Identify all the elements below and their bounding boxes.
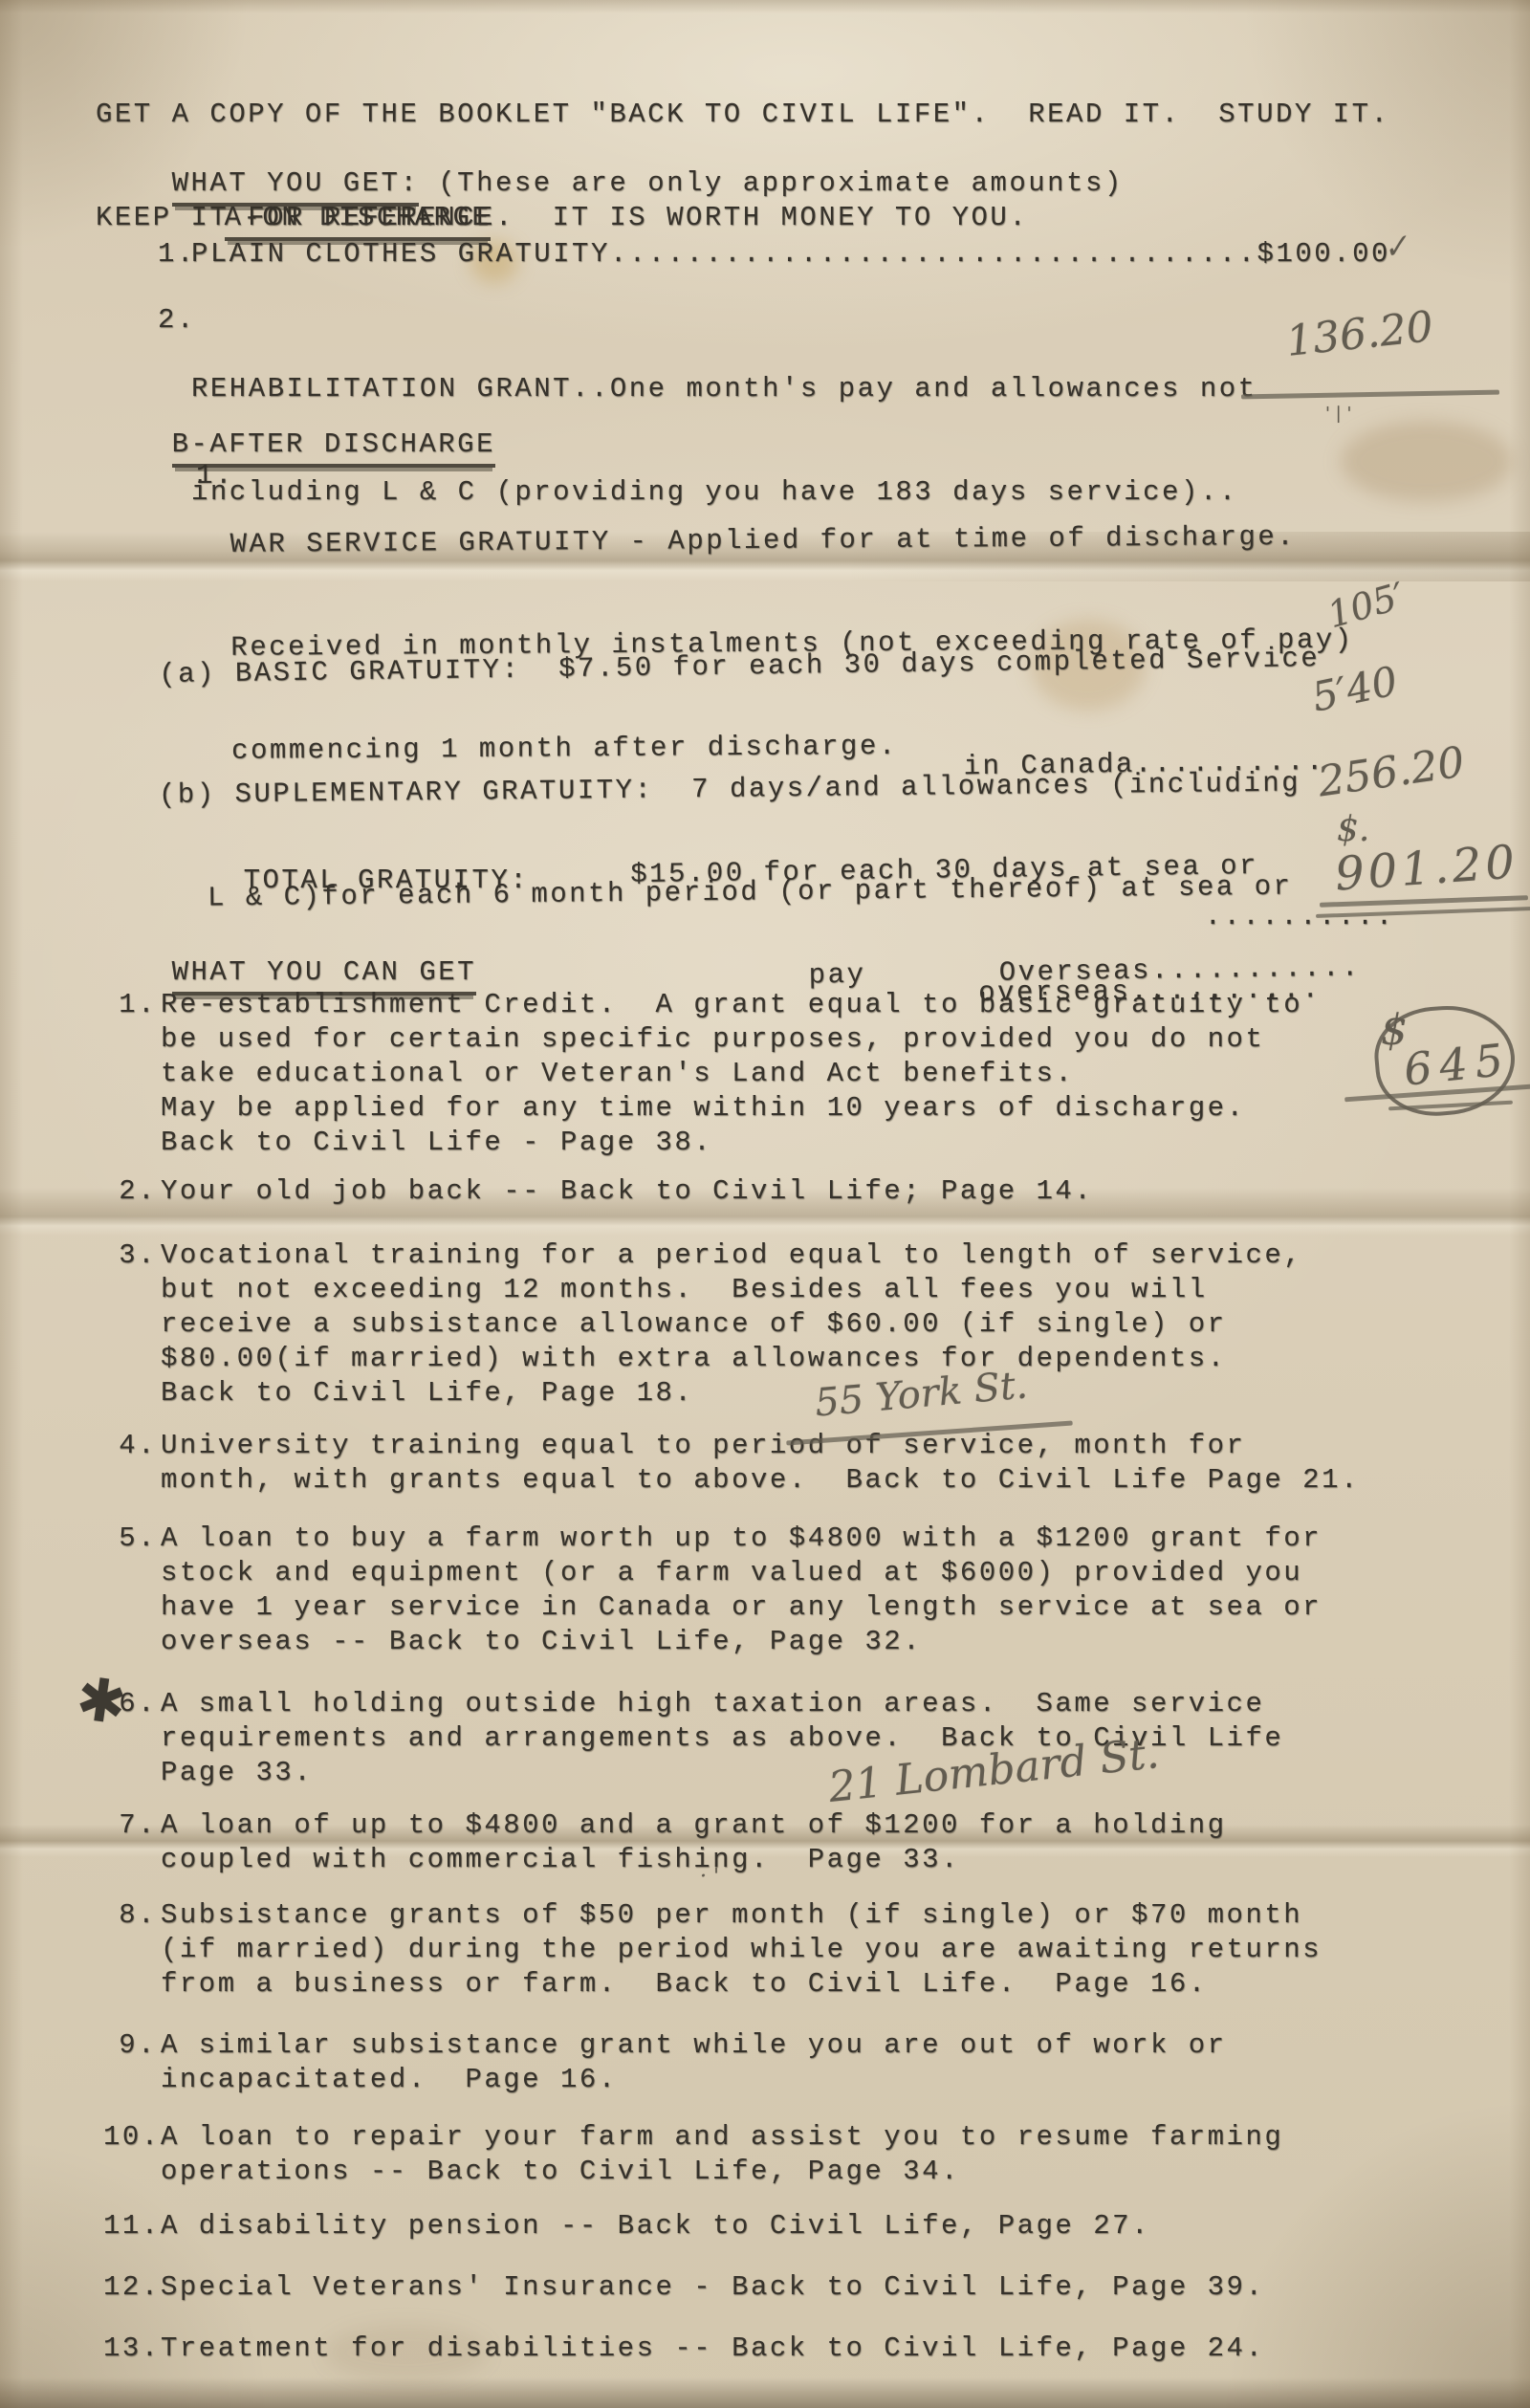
paper-crease <box>0 2377 1530 2408</box>
paper-stain <box>1341 421 1513 502</box>
item-line: Treatment for disabilities -- Back to Ci… <box>161 2331 1264 2366</box>
check-annotation: ✓ <box>1380 230 1411 265</box>
item-text: A loan to buy a farm worth up to $4800 w… <box>161 1521 1322 1659</box>
list-item: 1.Re-establishment Credit. A grant equal… <box>103 988 1302 1160</box>
item-number: 8. <box>103 1898 157 1933</box>
pencil-marks: · ' <box>700 1867 719 1888</box>
item-number: 3. <box>103 1238 157 1273</box>
item-line: from a business or farm. Back to Civil L… <box>161 1967 1322 2002</box>
rehabilitation-amount-annotation: 136.20 <box>1284 306 1435 363</box>
item-number: 11. <box>103 2209 157 2244</box>
item6-star-annotation: ✱ <box>73 1669 130 1735</box>
list-item: 7.A loan of up to $4800 and a grant of $… <box>103 1808 1227 1877</box>
plain-clothes-gratuity-item: 1. PLAIN CLOTHES GRATUITY...............… <box>158 237 1390 272</box>
item-text: Re-establishment Credit. A grant equal t… <box>161 988 1302 1160</box>
item-number: 5. <box>103 1521 157 1556</box>
item-line: A similar subsistance grant while you ar… <box>161 2028 1227 2063</box>
intro-line: GET A COPY OF THE BOOKLET "BACK TO CIVIL… <box>96 98 1389 132</box>
list-item: 11.A disability pension -- Back to Civil… <box>103 2209 1150 2244</box>
item-line: (if married) during the period while you… <box>161 1933 1322 1967</box>
item-line: receive a subsistance allowance of $60.0… <box>161 1307 1302 1342</box>
item-line: A loan to repair your farm and assist yo… <box>161 2120 1283 2155</box>
item-number: 7. <box>103 1808 157 1843</box>
item-line: Special Veterans' Insurance - Back to Ci… <box>161 2270 1264 2305</box>
item-text: Subsistance grants of $50 per month (if … <box>161 1898 1322 2002</box>
paper-crease <box>0 0 23 2408</box>
item-number: 4. <box>103 1429 157 1463</box>
item-line: A loan to buy a farm worth up to $4800 w… <box>161 1521 1322 1556</box>
total-amount-annotation: 901.20 <box>1334 839 1520 897</box>
item-text: Special Veterans' Insurance - Back to Ci… <box>161 2270 1264 2305</box>
item-text: A disability pension -- Back to Civil Li… <box>161 2209 1150 2244</box>
basic-gratuity-line: (a) BASIC GRATUITY: $7.50 for each 30 da… <box>159 642 1357 692</box>
item-number: 1. <box>103 988 157 1022</box>
total-gratuity-text: TOTAL GRATUITY: <box>244 865 530 896</box>
pencil-marks: ' | ' <box>1325 405 1351 423</box>
item-number: 9. <box>103 2028 157 2063</box>
item-line: A small holding outside high taxation ar… <box>161 1687 1283 1721</box>
item-line: operations -- Back to Civil Life, Page 3… <box>161 2155 1283 2189</box>
list-item: 3.Vocational training for a period equal… <box>103 1238 1302 1411</box>
item-line: but not exceeding 12 months. Besides all… <box>161 1273 1302 1307</box>
item-number: 2. <box>158 303 191 338</box>
list-item: 2.Your old job back -- Back to Civil Lif… <box>103 1174 1093 1209</box>
item-text: Vocational training for a period equal t… <box>161 1238 1302 1411</box>
item-number: 1. <box>158 237 191 272</box>
item-text: PLAIN CLOTHES GRATUITY..................… <box>191 237 1390 272</box>
item-text: Your old job back -- Back to Civil Life;… <box>161 1174 1093 1209</box>
item-text: Treatment for disabilities -- Back to Ci… <box>161 2331 1264 2366</box>
list-item: 10.A loan to repair your farm and assist… <box>103 2120 1283 2189</box>
list-item: 12.Special Veterans' Insurance - Back to… <box>103 2270 1264 2305</box>
item-number: 13. <box>103 2331 157 2366</box>
item-line: May be applied for any time within 10 ye… <box>161 1091 1302 1126</box>
item-line: Re-establishment Credit. A grant equal t… <box>161 988 1302 1022</box>
item-number: 12. <box>103 2270 157 2305</box>
item-line: take educational or Veteran's Land Act b… <box>161 1057 1302 1091</box>
item-text: University training equal to period of s… <box>161 1429 1360 1498</box>
item-line: incapacitated. Page 16. <box>161 2063 1227 2097</box>
item-line: A loan of up to $4800 and a grant of $12… <box>161 1808 1227 1843</box>
item-number: 2. <box>103 1174 157 1209</box>
item-text: A loan of up to $4800 and a grant of $12… <box>161 1808 1227 1877</box>
what-you-get-note: (These are only approximate amounts) <box>419 167 1123 199</box>
item-line: Back to Civil Life, Page 18. <box>161 1376 1302 1411</box>
item-line: Your old job back -- Back to Civil Life;… <box>161 1174 1093 1209</box>
pencil-underline <box>1241 390 1499 400</box>
document-page: GET A COPY OF THE BOOKLET "BACK TO CIVIL… <box>0 0 1530 2408</box>
list-item: 4.University training equal to period of… <box>103 1429 1360 1498</box>
list-item: 5.A loan to buy a farm worth up to $4800… <box>103 1521 1322 1659</box>
list-item: 8.Subsistance grants of $50 per month (i… <box>103 1898 1322 2002</box>
item-line: Back to Civil Life - Page 38. <box>161 1126 1302 1160</box>
total-gratuity-label: TOTAL GRATUITY: <box>167 829 529 932</box>
item-line: A disability pension -- Back to Civil Li… <box>161 2209 1150 2244</box>
item-line: overseas -- Back to Civil Life, Page 32. <box>161 1625 1322 1659</box>
item-line: have 1 year service in Canada or any len… <box>161 1590 1322 1625</box>
item-line: month, with grants equal to above. Back … <box>161 1463 1360 1498</box>
paper-crease <box>0 0 1530 13</box>
item-number: 1. <box>196 459 229 493</box>
list-item: 13.Treatment for disabilities -- Back to… <box>103 2331 1264 2366</box>
item-number: 10. <box>103 2120 157 2155</box>
item-line: Subsistance grants of $50 per month (if … <box>161 1898 1322 1933</box>
item-text: A similar subsistance grant while you ar… <box>161 2028 1227 2097</box>
item-line: $80.00(if married) with extra allowances… <box>161 1342 1302 1376</box>
item-line: stock and equipment (or a farm valued at… <box>161 1556 1322 1590</box>
item-line: Vocational training for a period equal t… <box>161 1238 1302 1273</box>
section-a-title-text: A-ON DISCHARGE <box>225 201 492 241</box>
item-text: A loan to repair your farm and assist yo… <box>161 2120 1283 2189</box>
suplementary-line: (b) SUPLEMENTARY GRATUITY: 7 days/and al… <box>159 766 1320 813</box>
total-currency-annotation: $. <box>1337 813 1369 847</box>
item-line: WAR SERVICE GRATUITY - Applied for at ti… <box>230 520 1354 562</box>
paper-crease <box>1509 0 1530 2408</box>
item-line: University training equal to period of s… <box>161 1429 1360 1463</box>
item-line: coupled with commercial fishing. Page 33… <box>161 1843 1227 1877</box>
list-item: 9.A similar subsistance grant while you … <box>103 2028 1227 2097</box>
item-line: be used for certain specific purposes, p… <box>161 1022 1302 1057</box>
circled-amount-annotation: 645 <box>1402 1037 1513 1091</box>
